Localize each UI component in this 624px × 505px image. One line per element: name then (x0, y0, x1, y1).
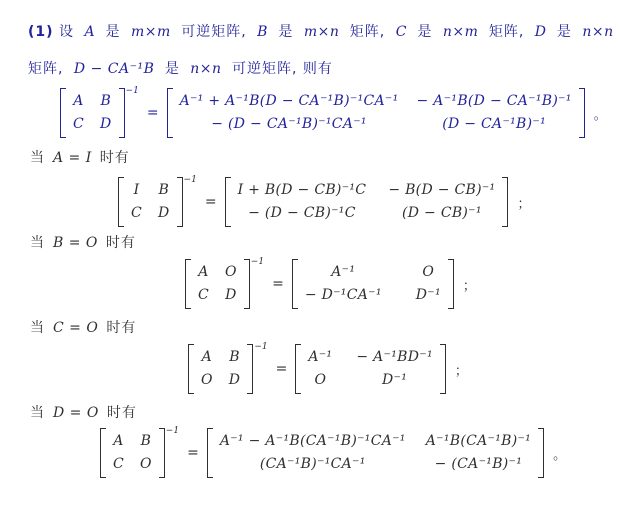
matrix-cells: AOCD (191, 259, 244, 309)
matrix-cell: O (140, 454, 152, 475)
text-run: 可逆矩阵, 则有 (227, 61, 333, 77)
matrix-cell: A (198, 262, 208, 283)
matrix-cell: (D − CA⁻¹B)⁻¹ (442, 114, 546, 135)
matrix: A⁻¹ + A⁻¹B(D − CA⁻¹B)⁻¹CA⁻¹− A⁻¹B(D − CA… (167, 88, 585, 138)
text-run: 可逆矩阵, (176, 24, 252, 40)
math-var: m×n (304, 24, 340, 40)
matrix-cells: ABCD (66, 88, 119, 138)
math-var: C (396, 24, 407, 40)
matrix: AOCD (185, 259, 250, 309)
right-bracket (448, 259, 454, 309)
condition-line-D-eq-O: 当D = O时有 (30, 402, 137, 422)
matrix-cells: A⁻¹ + A⁻¹B(D − CA⁻¹B)⁻¹CA⁻¹− A⁻¹B(D − CA… (173, 88, 579, 138)
text-run: 设 (54, 24, 80, 40)
matrix: A⁻¹O− D⁻¹CA⁻¹D⁻¹ (292, 259, 454, 309)
matrix: A⁻¹− A⁻¹BD⁻¹OD⁻¹ (295, 344, 446, 394)
lhs-matrix: ABCD −1 (60, 88, 139, 138)
math-expression: D − CA⁻¹B (74, 61, 154, 77)
matrix: ABCO (100, 428, 165, 478)
item-number: (1) (28, 24, 54, 40)
matrix-cell: D⁻¹ (416, 285, 441, 306)
matrix-equation-B-eq-O: AOCD −1 = A⁻¹O− D⁻¹CA⁻¹D⁻¹ ； (185, 259, 476, 309)
lhs-matrix: IBCD −1 (118, 177, 197, 227)
right-bracket (502, 177, 508, 227)
matrix-cell: A⁻¹ (331, 262, 355, 283)
right-bracket (247, 344, 253, 394)
matrix-cell: − B(D − CB)⁻¹ (388, 180, 495, 201)
matrix-cell: O (201, 370, 213, 391)
matrix: ABCD (60, 88, 125, 138)
right-bracket (177, 177, 183, 227)
math-condition: C = O (53, 320, 98, 336)
text-run: 时有 (107, 405, 137, 421)
sentence-semicolon: ； (455, 360, 468, 379)
matrix-cell: D (100, 114, 112, 135)
inverse-exponent: −1 (166, 426, 179, 436)
matrix-cell: O (422, 262, 434, 283)
matrix-cell: A (202, 347, 212, 368)
matrix-cell: C (113, 454, 124, 475)
matrix-cell: D (225, 285, 237, 306)
matrix-cells: I + B(D − CB)⁻¹C− B(D − CB)⁻¹− (D − CB)⁻… (231, 177, 503, 227)
math-condition: B = O (53, 235, 98, 251)
sentence-semicolon: ； (517, 193, 530, 212)
matrix-cell: − (CA⁻¹B)⁻¹ (435, 454, 523, 475)
text-run: 是 (273, 24, 299, 40)
matrix-cell: (CA⁻¹B)⁻¹CA⁻¹ (260, 454, 366, 475)
inverse-exponent: −1 (251, 257, 264, 267)
matrix-cell: − D⁻¹CA⁻¹ (305, 285, 382, 306)
matrix-cell: B (158, 180, 169, 201)
text-run: 当 (30, 405, 45, 421)
lhs-matrix: ABOD −1 (188, 344, 268, 394)
math-var: n×n (190, 61, 221, 77)
math-condition: A = I (53, 150, 92, 166)
intro-line-2: 矩阵, D − CA⁻¹B 是 n×n 可逆矩阵, 则有 (28, 58, 608, 78)
math-var: n×m (443, 24, 479, 40)
math-var: B (257, 24, 268, 40)
text-run: 当 (30, 320, 45, 336)
matrix-cells: A⁻¹ − A⁻¹B(CA⁻¹B)⁻¹CA⁻¹A⁻¹B(CA⁻¹B)⁻¹(CA⁻… (213, 428, 538, 478)
math-var: m×m (131, 24, 171, 40)
matrix-cell: C (73, 114, 84, 135)
matrix-cells: A⁻¹− A⁻¹BD⁻¹OD⁻¹ (301, 344, 440, 394)
sentence-period: 。 (553, 444, 566, 463)
matrix-cell: − (D − CB)⁻¹C (248, 203, 356, 224)
matrix-cells: ABCO (106, 428, 159, 478)
equals-sign: = (187, 445, 199, 461)
rhs-matrix: A⁻¹− A⁻¹BD⁻¹OD⁻¹ (295, 344, 446, 394)
text-run: 当 (30, 150, 45, 166)
matrix-cell: A⁻¹B(CA⁻¹B)⁻¹ (426, 431, 531, 452)
matrix-cell: C (131, 203, 142, 224)
inverse-exponent: −1 (126, 86, 139, 96)
math-condition: D = O (53, 405, 99, 421)
condition-line-C-eq-O: 当C = O时有 (30, 317, 136, 337)
matrix-equation-D-eq-O: ABCO −1 = A⁻¹ − A⁻¹B(CA⁻¹B)⁻¹CA⁻¹A⁻¹B(CA… (100, 428, 566, 478)
lhs-matrix: ABCO −1 (100, 428, 179, 478)
matrix-cell: C (198, 285, 209, 306)
sentence-period: 。 (594, 104, 607, 123)
text-run: 矩阵, (28, 61, 69, 77)
intro-line-1: (1) 设 A 是 m×m 可逆矩阵, B 是 m×n 矩阵, C 是 n×m … (28, 21, 608, 41)
inverse-exponent: −1 (254, 342, 267, 352)
math-var: n×n (582, 24, 613, 40)
matrix-equation-general: ABCD −1 = A⁻¹ + A⁻¹B(D − CA⁻¹B)⁻¹CA⁻¹− A… (60, 88, 607, 138)
matrix: IBCD (118, 177, 183, 227)
matrix-cell: I (134, 180, 140, 201)
right-bracket (119, 88, 125, 138)
matrix-cell: B (141, 431, 152, 452)
rhs-matrix: A⁻¹O− D⁻¹CA⁻¹D⁻¹ (292, 259, 454, 309)
rhs-matrix: A⁻¹ − A⁻¹B(CA⁻¹B)⁻¹CA⁻¹A⁻¹B(CA⁻¹B)⁻¹(CA⁻… (207, 428, 544, 478)
inverse-exponent: −1 (184, 175, 197, 185)
math-var: A (84, 24, 95, 40)
matrix-cell: − (D − CA⁻¹B)⁻¹CA⁻¹ (211, 114, 367, 135)
text-run: 当 (30, 235, 45, 251)
equals-sign: = (276, 361, 288, 377)
condition-line-A-eq-I: 当A = I时有 (30, 147, 130, 167)
matrix-cell: B (100, 91, 111, 112)
matrix-equation-A-eq-I: IBCD −1 = I + B(D − CB)⁻¹C− B(D − CB)⁻¹−… (118, 177, 530, 227)
matrix-cell: A (73, 91, 83, 112)
equals-sign: = (272, 276, 284, 292)
matrix-cell: − A⁻¹BD⁻¹ (356, 347, 433, 368)
matrix-cell: A⁻¹ (308, 347, 332, 368)
matrix-cell: D (229, 370, 241, 391)
equals-sign: = (205, 194, 217, 210)
matrix-cell: A⁻¹ − A⁻¹B(CA⁻¹B)⁻¹CA⁻¹ (220, 431, 406, 452)
right-bracket (159, 428, 165, 478)
right-bracket (538, 428, 544, 478)
matrix-equation-C-eq-O: ABOD −1 = A⁻¹− A⁻¹BD⁻¹OD⁻¹ ； (188, 344, 468, 394)
rhs-matrix: A⁻¹ + A⁻¹B(D − CA⁻¹B)⁻¹CA⁻¹− A⁻¹B(D − CA… (167, 88, 585, 138)
text-run: 矩阵, (483, 24, 529, 40)
matrix-cells: IBCD (124, 177, 177, 227)
text-run: 是 (551, 24, 577, 40)
matrix: ABOD (188, 344, 253, 394)
matrix-cell: D (158, 203, 170, 224)
math-var: D (535, 24, 547, 40)
document-page: (1) 设 A 是 m×m 可逆矩阵, B 是 m×n 矩阵, C 是 n×m … (0, 0, 624, 505)
text-run: 是 (412, 24, 438, 40)
text-run: 矩阵, (344, 24, 390, 40)
matrix-cell: A (113, 431, 123, 452)
text-run: 时有 (106, 235, 136, 251)
condition-line-B-eq-O: 当B = O时有 (30, 232, 136, 252)
text-run: 是 (100, 24, 126, 40)
matrix-cells: A⁻¹O− D⁻¹CA⁻¹D⁻¹ (298, 259, 448, 309)
equals-sign: = (147, 105, 159, 121)
matrix-cell: A⁻¹ + A⁻¹B(D − CA⁻¹B)⁻¹CA⁻¹ (180, 91, 399, 112)
text-run: 时有 (100, 150, 130, 166)
rhs-matrix: I + B(D − CB)⁻¹C− B(D − CB)⁻¹− (D − CB)⁻… (225, 177, 509, 227)
matrix-cell: − A⁻¹B(D − CA⁻¹B)⁻¹ (417, 91, 572, 112)
right-bracket (579, 88, 585, 138)
matrix-cell: D⁻¹ (382, 370, 407, 391)
right-bracket (244, 259, 250, 309)
matrix-cell: I + B(D − CB)⁻¹C (238, 180, 367, 201)
matrix-cell: O (314, 370, 326, 391)
matrix-cell: B (229, 347, 240, 368)
matrix-cells: ABOD (194, 344, 247, 394)
text-run: 是 (159, 61, 185, 77)
sentence-semicolon: ； (463, 275, 476, 294)
right-bracket (440, 344, 446, 394)
matrix-cell: (D − CB)⁻¹ (402, 203, 482, 224)
matrix: A⁻¹ − A⁻¹B(CA⁻¹B)⁻¹CA⁻¹A⁻¹B(CA⁻¹B)⁻¹(CA⁻… (207, 428, 544, 478)
lhs-matrix: AOCD −1 (185, 259, 264, 309)
matrix-cell: O (225, 262, 237, 283)
text-run: 时有 (106, 320, 136, 336)
matrix: I + B(D − CB)⁻¹C− B(D − CB)⁻¹− (D − CB)⁻… (225, 177, 509, 227)
